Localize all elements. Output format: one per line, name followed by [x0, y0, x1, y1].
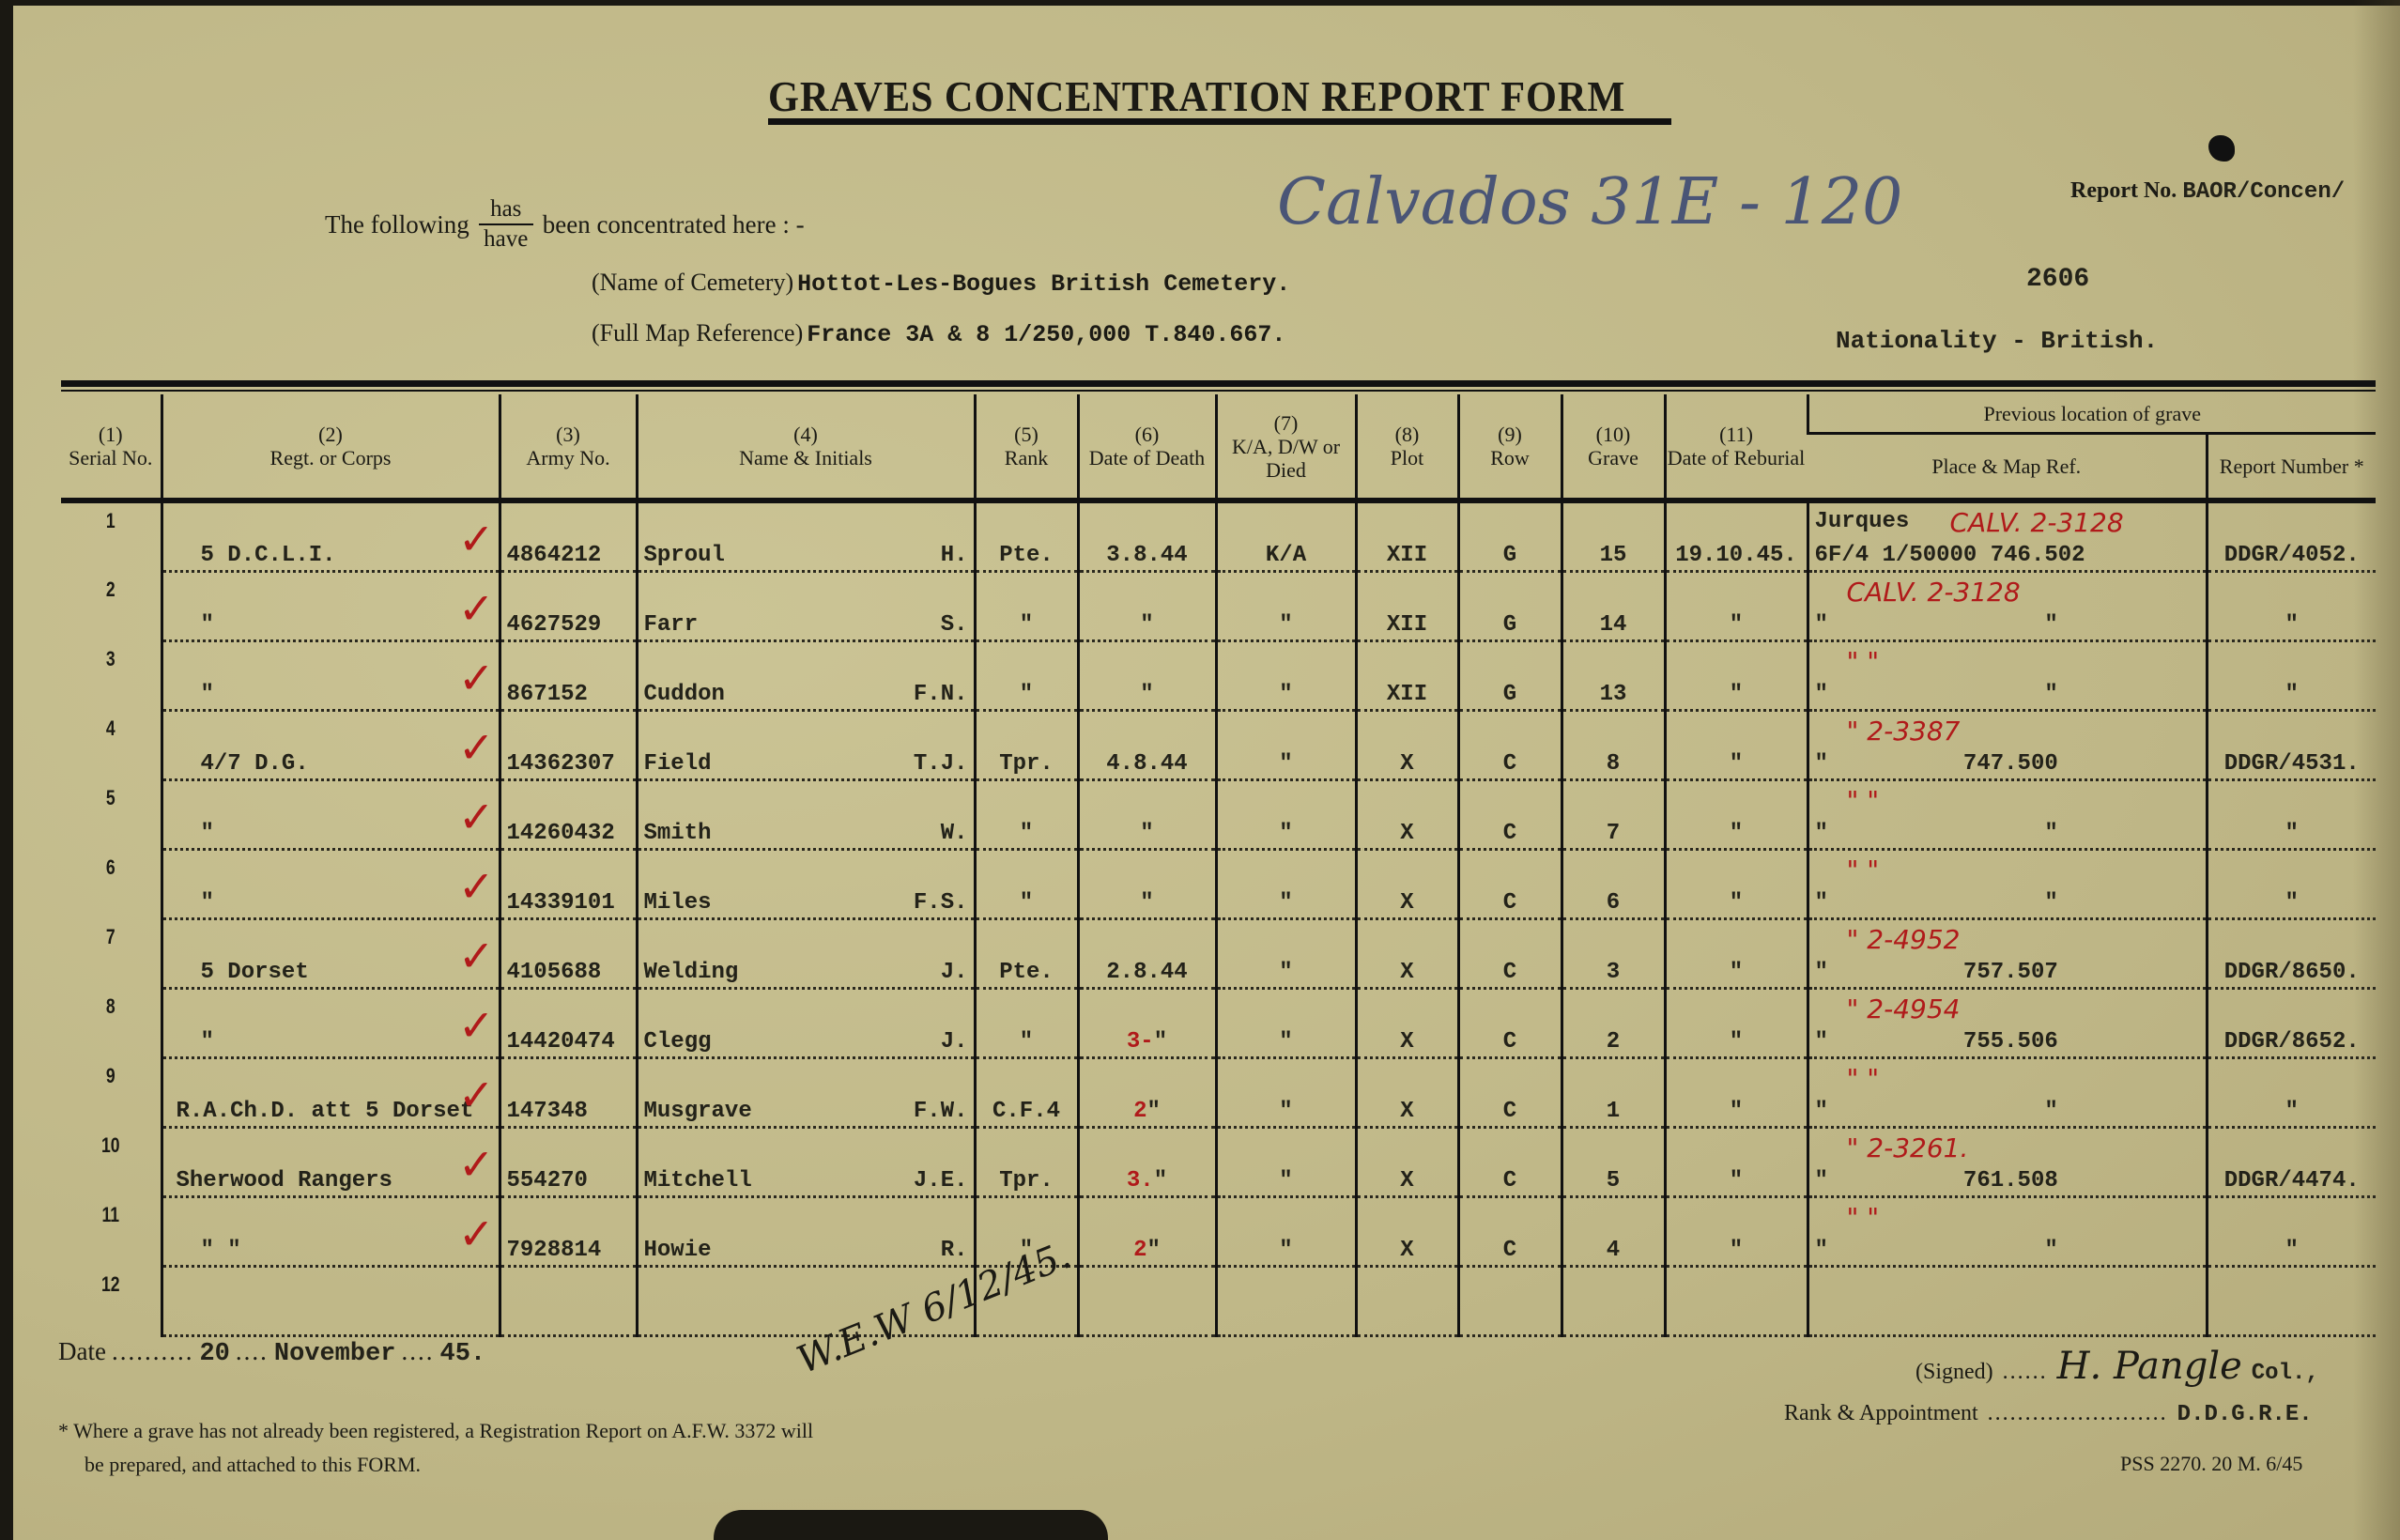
intro-has: has [490, 195, 521, 223]
col-header-row: (9)Row [1458, 394, 1562, 500]
form-title: GRAVES CONCENTRATION REPORT FORM [768, 71, 1625, 121]
cell-serial: 2 [61, 572, 162, 641]
cell-report: " [2207, 1197, 2376, 1267]
cell-grave: 6 [1562, 850, 1665, 919]
red-date-mark: 3- [1127, 1029, 1154, 1055]
date-month: November [274, 1340, 396, 1368]
cell-reburial: " [1665, 989, 1808, 1058]
cell-kadw: " [1216, 780, 1356, 850]
cell-kadw: " [1216, 919, 1356, 989]
cell-reburial: " [1665, 919, 1808, 989]
cell-plot: X [1356, 919, 1458, 989]
cell-date-death [1078, 1267, 1216, 1336]
cell-kadw: " [1216, 1128, 1356, 1197]
col-header-plot: (8)Plot [1356, 394, 1458, 500]
cell-regt: "✓ [162, 572, 500, 641]
signed-label: (Signed) [1915, 1360, 1993, 1385]
cell-row: C [1458, 1197, 1562, 1267]
cell-reburial: " [1665, 572, 1808, 641]
cell-reburial: " [1665, 1058, 1808, 1128]
cell-name: CleggJ. [637, 989, 975, 1058]
cell-rank: " [975, 850, 1078, 919]
table-row: 7 5 Dorset✓ 4105688 WeldingJ. Pte. 2.8.4… [61, 919, 2376, 989]
date-label: Date [58, 1337, 106, 1366]
cell-kadw: " [1216, 850, 1356, 919]
surname: Clegg [644, 1029, 712, 1055]
table-row: 12 [61, 1267, 2376, 1336]
col-header-regt: (2)Regt. or Corps [162, 394, 500, 500]
cell-name: FarrS. [637, 572, 975, 641]
red-check-icon: ✓ [458, 865, 495, 908]
cell-serial: 5 [61, 780, 162, 850]
cell-name: FieldT.J. [637, 711, 975, 780]
table-row: 1 5 D.C.L.I.✓ 4864212 SproulH. Pte. 3.8.… [61, 500, 2376, 572]
cell-reburial: " [1665, 780, 1808, 850]
initials: T.J. [914, 751, 968, 777]
intro-prefix: The following [325, 210, 469, 239]
cell-date-death: 2" [1078, 1058, 1216, 1128]
cell-name: MusgraveF.W. [637, 1058, 975, 1128]
cell-place: " 2-4952 " 757.507 [1808, 919, 2207, 989]
map-ref-value: France 3A & 8 1/250,000 T.840.667. [807, 321, 1285, 348]
red-place-ref: " " [1847, 1202, 1880, 1233]
cell-army-no: 14362307 [500, 711, 637, 780]
cell-plot: XII [1356, 641, 1458, 711]
initials: W. [941, 821, 968, 846]
cell-report: " [2207, 641, 2376, 711]
signature: H. Pangle [2057, 1345, 2242, 1388]
cell-place: " " " " [1808, 641, 2207, 711]
cell-army-no: 4105688 [500, 919, 637, 989]
cell-army-no: 14339101 [500, 850, 637, 919]
signed-field: (Signed) ...... H. Pangle Col., [1915, 1345, 2319, 1388]
cell-plot: X [1356, 1058, 1458, 1128]
cell-grave: 1 [1562, 1058, 1665, 1128]
red-place-ref: " " [1847, 855, 1880, 885]
cemetery-label: (Name of Cemetery) [592, 269, 793, 297]
cell-serial: 6 [61, 850, 162, 919]
cell-report: " [2207, 572, 2376, 641]
surname: Musgrave [644, 1099, 752, 1124]
cell-date-death: 3.8.44 [1078, 500, 1216, 572]
red-check-icon: ✓ [458, 656, 495, 700]
cell-row: G [1458, 572, 1562, 641]
cell-grave: 3 [1562, 919, 1665, 989]
cell-plot: X [1356, 780, 1458, 850]
cell-serial: 12 [61, 1267, 162, 1336]
initials: F.S. [914, 890, 968, 916]
cell-date-death: 2" [1078, 1197, 1216, 1267]
cell-report: DDGR/4052. [2207, 500, 2376, 572]
cell-army-no: 4864212 [500, 500, 637, 572]
cell-kadw [1216, 1267, 1356, 1336]
cell-name: WeldingJ. [637, 919, 975, 989]
cell-rank: " [975, 572, 1078, 641]
red-date-mark: 2 [1133, 1238, 1146, 1263]
red-place-ref: " " [1847, 785, 1880, 816]
col-header-kadw: (7)K/A, D/W or Died [1216, 394, 1356, 500]
cell-report [2207, 1267, 2376, 1336]
cell-serial: 8 [61, 989, 162, 1058]
cell-grave: 5 [1562, 1128, 1665, 1197]
red-check-icon: ✓ [458, 587, 495, 630]
cell-grave: 4 [1562, 1197, 1665, 1267]
cell-report: DDGR/8650. [2207, 919, 2376, 989]
cell-place: JurquesCALV. 2-3128 6F/4 1/50000 746.502 [1808, 500, 2207, 572]
footnote-line-2: be prepared, and attached to this FORM. [58, 1448, 1091, 1482]
cell-name: SproulH. [637, 500, 975, 572]
cell-regt: "✓ [162, 780, 500, 850]
red-place-ref: " 2-4954 [1847, 993, 1961, 1024]
initials: S. [941, 612, 968, 638]
cell-date-death: 4.8.44 [1078, 711, 1216, 780]
cell-serial: 3 [61, 641, 162, 711]
cell-name: HowieR. [637, 1197, 975, 1267]
table-row: 3 "✓ 867152 CuddonF.N. " " " XII G 13 " … [61, 641, 2376, 711]
cell-kadw: " [1216, 1058, 1356, 1128]
signed-rank: Col., [2252, 1361, 2319, 1386]
cell-reburial: " [1665, 1128, 1808, 1197]
cell-rank: " [975, 641, 1078, 711]
cell-regt: "✓ [162, 641, 500, 711]
col-header-serial: (1)Serial No. [61, 394, 162, 500]
surname: Miles [644, 890, 712, 916]
cell-date-death: " [1078, 850, 1216, 919]
cell-grave: 13 [1562, 641, 1665, 711]
cell-name: MitchellJ.E. [637, 1128, 975, 1197]
cell-date-death: 2.8.44 [1078, 919, 1216, 989]
red-check-icon: ✓ [458, 726, 495, 769]
red-place-ref: " " [1847, 1063, 1880, 1094]
cell-kadw: " [1216, 572, 1356, 641]
cell-grave [1562, 1267, 1665, 1336]
cell-row: C [1458, 1058, 1562, 1128]
cell-kadw: K/A [1216, 500, 1356, 572]
initials: J. [941, 960, 968, 985]
cell-regt: Sherwood Rangers✓ [162, 1128, 500, 1197]
intro-line: The following has have been concentrated… [325, 195, 805, 254]
surname: Farr [644, 612, 699, 638]
cell-army-no: 554270 [500, 1128, 637, 1197]
footnote: * Where a grave has not already been reg… [58, 1414, 1091, 1482]
footnote-line-1: * Where a grave has not already been reg… [58, 1414, 1091, 1448]
cell-army-no: 4627529 [500, 572, 637, 641]
cell-row: C [1458, 780, 1562, 850]
date-day: 20 [199, 1340, 229, 1368]
cell-kadw: " [1216, 1197, 1356, 1267]
red-date-mark: 2 [1133, 1099, 1146, 1124]
red-check-icon: ✓ [458, 1212, 495, 1255]
cell-place [1808, 1267, 2207, 1336]
cell-place: " " " " [1808, 1058, 2207, 1128]
ink-blot [2208, 135, 2235, 162]
cell-name: CuddonF.N. [637, 641, 975, 711]
cell-place: " " " " [1808, 850, 2207, 919]
cell-regt: " "✓ [162, 1197, 500, 1267]
cell-row: C [1458, 1128, 1562, 1197]
col-header-grave: (10)Grave [1562, 394, 1665, 500]
cell-place: CALV. 2-3128 " " [1808, 572, 2207, 641]
cell-regt: R.A.Ch.D. att 5 Dorset✓ [162, 1058, 500, 1128]
page-edge-top [0, 0, 2400, 6]
cell-plot: XII [1356, 572, 1458, 641]
print-code: PSS 2270. 20 M. 6/45 [2120, 1452, 2302, 1476]
cell-row: G [1458, 500, 1562, 572]
cell-date-death: 3." [1078, 1128, 1216, 1197]
map-ref-label: (Full Map Reference) [592, 319, 803, 347]
cell-plot: X [1356, 711, 1458, 780]
surname: Welding [644, 960, 739, 985]
cell-row: C [1458, 989, 1562, 1058]
table-row: 5 "✓ 14260432 SmithW. " " " X C 7 " " " … [61, 780, 2376, 850]
cell-regt: 5 D.C.L.I.✓ [162, 500, 500, 572]
cell-row [1458, 1267, 1562, 1336]
cell-name: MilesF.S. [637, 850, 975, 919]
cemetery-field: (Name of Cemetery) Hottot-Les-Bogues Bri… [592, 269, 1290, 298]
surname: Sproul [644, 543, 725, 568]
red-check-icon: ✓ [458, 517, 495, 561]
cell-army-no: 14260432 [500, 780, 637, 850]
table-top-thin-rule [61, 390, 2376, 392]
col-header-place: Place & Map Ref. [1808, 434, 2207, 501]
cell-regt: 5 Dorset✓ [162, 919, 500, 989]
intro-have: have [484, 225, 528, 254]
col-header-report-number: Report Number * [2207, 434, 2376, 501]
cell-place: " 2-3261. " 761.508 [1808, 1128, 2207, 1197]
cell-report: DDGR/8652. [2207, 989, 2376, 1058]
report-no-number: 2606 [2026, 265, 2089, 294]
cell-grave: 15 [1562, 500, 1665, 572]
cell-rank: Tpr. [975, 1128, 1078, 1197]
cell-place: " 2-4954 " 755.506 [1808, 989, 2207, 1058]
cell-report: DDGR/4474. [2207, 1128, 2376, 1197]
cell-grave: 8 [1562, 711, 1665, 780]
graves-table: (1)Serial No. (2)Regt. or Corps (3)Army … [61, 394, 2376, 1337]
cell-plot: XII [1356, 500, 1458, 572]
red-check-icon: ✓ [458, 1073, 495, 1116]
cell-kadw: " [1216, 711, 1356, 780]
cell-regt: "✓ [162, 989, 500, 1058]
cell-reburial [1665, 1267, 1808, 1336]
cell-plot: X [1356, 850, 1458, 919]
cell-row: C [1458, 919, 1562, 989]
cell-plot [1356, 1267, 1458, 1336]
cell-grave: 7 [1562, 780, 1665, 850]
col-header-reburial: (11)Date of Reburial [1665, 394, 1808, 500]
cell-row: C [1458, 850, 1562, 919]
rank-label: Rank & Appointment [1784, 1401, 1978, 1426]
page-edge-left [0, 0, 13, 1540]
cell-date-death: " [1078, 780, 1216, 850]
nationality: Nationality - British. [1836, 327, 2158, 355]
date-field: Date .......... 20 .... November .... 45… [58, 1337, 485, 1368]
cell-serial: 10 [61, 1128, 162, 1197]
cell-row: G [1458, 641, 1562, 711]
cell-rank: " [975, 989, 1078, 1058]
red-place-ref: CALV. 2-3128 [1847, 577, 2021, 608]
red-check-icon: ✓ [458, 1143, 495, 1186]
red-place-ref: CALV. 2-3128 [1950, 507, 2124, 538]
red-check-icon: ✓ [458, 934, 495, 978]
report-number: Report No. BAOR/Concen/ [2070, 178, 2345, 205]
cell-report: " [2207, 780, 2376, 850]
cell-reburial: " [1665, 641, 1808, 711]
initials: J.E. [914, 1168, 968, 1193]
surname: Field [644, 751, 712, 777]
cell-name: SmithW. [637, 780, 975, 850]
cell-serial: 9 [61, 1058, 162, 1128]
initials: J. [941, 1029, 968, 1055]
rank-appointment-field: Rank & Appointment .....................… [1784, 1401, 2313, 1427]
cell-plot: X [1356, 1128, 1458, 1197]
cell-army-no: 867152 [500, 641, 637, 711]
intro-suffix: been concentrated here : - [543, 210, 805, 239]
col-header-army-no: (3)Army No. [500, 394, 637, 500]
cell-serial: 1 [61, 500, 162, 572]
cell-regt: "✓ [162, 850, 500, 919]
red-place-ref: " 2-3261. [1847, 1132, 1969, 1163]
surname: Mitchell [644, 1168, 752, 1193]
report-no-value: BAOR/Concen/ [2182, 179, 2345, 205]
initials: R. [941, 1238, 968, 1263]
cell-report: DDGR/4531. [2207, 711, 2376, 780]
cell-plot: X [1356, 1197, 1458, 1267]
table-row: 8 "✓ 14420474 CleggJ. " 3-" " X C 2 " " … [61, 989, 2376, 1058]
cell-reburial: " [1665, 711, 1808, 780]
cell-army-no: 147348 [500, 1058, 637, 1128]
initials: F.W. [914, 1099, 968, 1124]
cell-plot: X [1356, 989, 1458, 1058]
cell-serial: 4 [61, 711, 162, 780]
has-have-fraction: has have [479, 195, 533, 254]
cell-reburial: " [1665, 1197, 1808, 1267]
cell-grave: 14 [1562, 572, 1665, 641]
cell-serial: 7 [61, 919, 162, 989]
surname: Howie [644, 1238, 712, 1263]
cell-report: " [2207, 1058, 2376, 1128]
title-underline [768, 118, 1671, 125]
cell-date-death: " [1078, 641, 1216, 711]
cell-rank: Pte. [975, 500, 1078, 572]
initials: F.N. [914, 682, 968, 707]
col-header-previous-location: Previous location of grave [1808, 394, 2376, 434]
col-header-name: (4)Name & Initials [637, 394, 975, 500]
cell-rank: Pte. [975, 919, 1078, 989]
red-check-icon: ✓ [458, 795, 495, 839]
col-header-date-death: (6)Date of Death [1078, 394, 1216, 500]
cell-army-no: 14420474 [500, 989, 637, 1058]
place-name: Jurques [1815, 509, 1910, 534]
table-row: 4 4/7 D.G.✓ 14362307 FieldT.J. Tpr. 4.8.… [61, 711, 2376, 780]
torn-edge [714, 1510, 1108, 1540]
rank-value: D.D.G.R.E. [2177, 1402, 2313, 1427]
cell-rank: Tpr. [975, 711, 1078, 780]
cell-rank: " [975, 780, 1078, 850]
cell-army-no: 7928814 [500, 1197, 637, 1267]
surname: Smith [644, 821, 712, 846]
cell-serial: 11 [61, 1197, 162, 1267]
red-check-icon: ✓ [458, 1004, 495, 1047]
surname: Cuddon [644, 682, 725, 707]
cell-place: " 2-3387 " 747.500 [1808, 711, 2207, 780]
table-row: 2 "✓ 4627529 FarrS. " " " XII G 14 " CAL… [61, 572, 2376, 641]
table-row: 6 "✓ 14339101 MilesF.S. " " " X C 6 " " … [61, 850, 2376, 919]
table-top-rule [61, 380, 2376, 387]
handwritten-reference: Calvados 31E - 120 [1277, 165, 1902, 239]
red-place-ref: " 2-4952 [1847, 924, 1961, 955]
red-place-ref: " 2-3387 [1847, 716, 1961, 747]
red-place-ref: " " [1847, 646, 1880, 677]
cell-place: " " " " [1808, 1197, 2207, 1267]
col-header-rank: (5)Rank [975, 394, 1078, 500]
cell-kadw: " [1216, 989, 1356, 1058]
cell-report: " [2207, 850, 2376, 919]
table-row: 11 " "✓ 7928814 HowieR. " 2" " X C 4 " "… [61, 1197, 2376, 1267]
cell-reburial: " [1665, 850, 1808, 919]
cell-rank: C.F.4 [975, 1058, 1078, 1128]
cell-army-no [500, 1267, 637, 1336]
red-date-mark: 3. [1127, 1168, 1154, 1193]
cell-regt [162, 1267, 500, 1336]
table-header-row: (1)Serial No. (2)Regt. or Corps (3)Army … [61, 394, 2376, 434]
cell-date-death: " [1078, 572, 1216, 641]
date-year: 45. [440, 1340, 486, 1368]
cell-date-death: 3-" [1078, 989, 1216, 1058]
cell-row: C [1458, 711, 1562, 780]
table-row: 9 R.A.Ch.D. att 5 Dorset✓ 147348 Musgrav… [61, 1058, 2376, 1128]
cell-place: " " " " [1808, 780, 2207, 850]
map-reference-field: (Full Map Reference) France 3A & 8 1/250… [592, 319, 1285, 348]
cell-kadw: " [1216, 641, 1356, 711]
cell-regt: 4/7 D.G.✓ [162, 711, 500, 780]
cell-reburial: 19.10.45. [1665, 500, 1808, 572]
report-no-label: Report No. [2070, 178, 2177, 204]
initials: H. [941, 543, 968, 568]
cell-grave: 2 [1562, 989, 1665, 1058]
cemetery-value: Hottot-Les-Bogues British Cemetery. [797, 270, 1290, 298]
table-row: 10 Sherwood Rangers✓ 554270 MitchellJ.E.… [61, 1128, 2376, 1197]
